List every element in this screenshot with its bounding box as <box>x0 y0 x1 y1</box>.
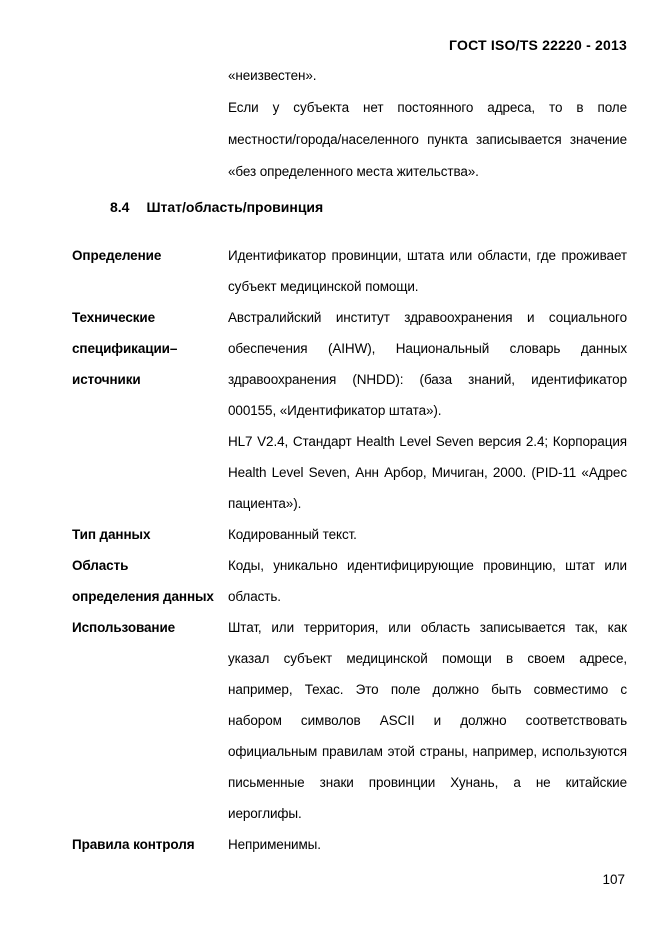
header-title: ГОСТ ISO/TS 22220 - 2013 <box>449 37 627 53</box>
text-line: обеспечения (AIHW), Национальный словарь… <box>228 333 627 364</box>
text-line: 000155, «Идентификатор штата»). <box>228 395 627 426</box>
text-line: Кодированный текст. <box>228 519 627 550</box>
text-line: источники <box>72 364 228 395</box>
text-line: Штат, или территория, или область записы… <box>228 612 627 643</box>
document-page: ГОСТ ISO/TS 22220 - 2013 «неизвестен».Ес… <box>0 0 662 936</box>
definition-description: Штат, или территория, или область записы… <box>228 612 627 829</box>
definition-list: ОпределениеИдентификатор провинции, штат… <box>72 240 627 860</box>
definition-row: Техническиеспецификации–источникиАвстрал… <box>72 302 627 519</box>
definition-row: Правила контроляНеприменимы. <box>72 829 627 860</box>
section-number: 8.4 <box>110 199 129 215</box>
text-line: Австралийский институт здравоохранения и… <box>228 302 627 333</box>
definition-description: Неприменимы. <box>228 829 627 860</box>
definition-row: ОпределениеИдентификатор провинции, штат… <box>72 240 627 302</box>
text-line: Коды, уникально идентифицирующие провинц… <box>228 550 627 581</box>
definition-description: Австралийский институт здравоохранения и… <box>228 302 627 519</box>
definition-description: Идентификатор провинции, штата или облас… <box>228 240 627 302</box>
text-line: местности/города/населенного пункта запи… <box>228 124 627 156</box>
definition-term: Тип данных <box>72 519 228 550</box>
text-line: Технические <box>72 302 228 333</box>
text-line: Использование <box>72 612 228 643</box>
text-line: указал субъект медицинской помощи в свое… <box>228 643 627 674</box>
text-line: определения данных <box>72 581 228 612</box>
text-line: здравоохранения (NHDD): (база знаний, ид… <box>228 364 627 395</box>
text-line: Тип данных <box>72 519 228 550</box>
definition-term: Правила контроля <box>72 829 228 860</box>
text-line: HL7 V2.4, Стандарт Health Level Seven ве… <box>228 426 627 457</box>
text-line: официальным правилам этой страны, наприм… <box>228 736 627 767</box>
text-line: письменные знаки провинции Хунань, а не … <box>228 767 627 798</box>
text-line: субъект медицинской помощи. <box>228 271 627 302</box>
intro-paragraph: «неизвестен».Если у субъекта нет постоян… <box>228 60 627 188</box>
text-line: спецификации– <box>72 333 228 364</box>
definition-description: Кодированный текст. <box>228 519 627 550</box>
text-line: Область <box>72 550 228 581</box>
page-header: ГОСТ ISO/TS 22220 - 2013 <box>0 37 627 53</box>
text-line: «без определенного места жительства». <box>228 156 627 188</box>
text-line: область. <box>228 581 627 612</box>
section-heading: 8.4 Штат/область/провинция <box>110 199 323 215</box>
text-line: Определение <box>72 240 228 271</box>
page-number: 107 <box>602 872 625 887</box>
definition-row: ИспользованиеШтат, или территория, или о… <box>72 612 627 829</box>
section-title: Штат/область/провинция <box>146 199 323 215</box>
definition-row: Областьопределения данныхКоды, уникально… <box>72 550 627 612</box>
text-line: иероглифы. <box>228 798 627 829</box>
definition-term: Использование <box>72 612 228 643</box>
text-line: Идентификатор провинции, штата или облас… <box>228 240 627 271</box>
text-line: Если у субъекта нет постоянного адреса, … <box>228 92 627 124</box>
definition-term: Определение <box>72 240 228 271</box>
definition-row: Тип данныхКодированный текст. <box>72 519 627 550</box>
text-line: набором символов ASCII и должно соответс… <box>228 705 627 736</box>
text-line: Неприменимы. <box>228 829 627 860</box>
text-line: «неизвестен». <box>228 60 627 92</box>
text-line: Правила контроля <box>72 829 228 860</box>
text-line: например, Техас. Это поле должно быть со… <box>228 674 627 705</box>
definition-description: Коды, уникально идентифицирующие провинц… <box>228 550 627 612</box>
definition-term: Техническиеспецификации–источники <box>72 302 228 395</box>
definition-term: Областьопределения данных <box>72 550 228 612</box>
text-line: пациента»). <box>228 488 627 519</box>
text-line: Health Level Seven, Анн Арбор, Мичиган, … <box>228 457 627 488</box>
